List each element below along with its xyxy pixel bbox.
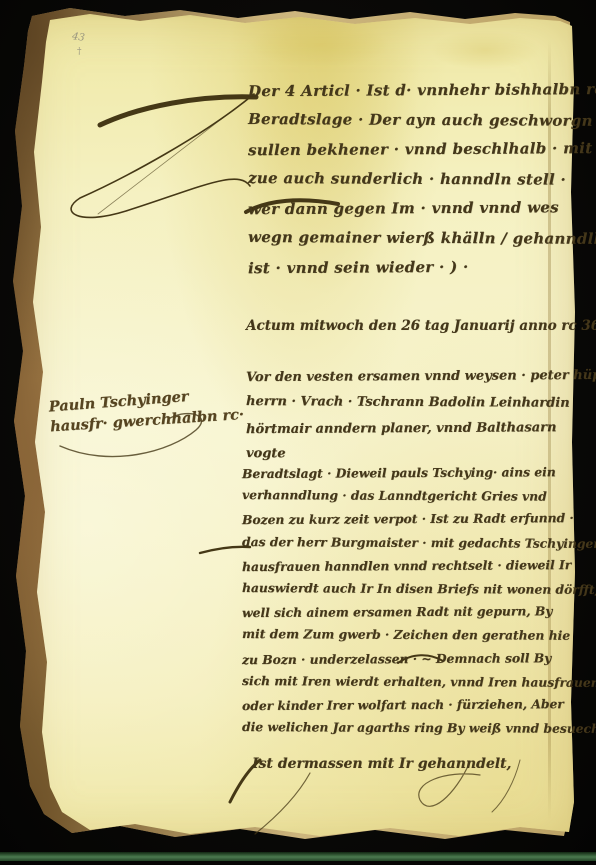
manuscript-line: Bozen zu kurz zeit verpot · Ist zu Radt …: [242, 506, 596, 531]
resolution-paragraph: Beradtslagt · Dieweil pauls Tschying· ai…: [242, 461, 596, 739]
manuscript-line: mit dem Zum gwerb · Zeichen den gerathen…: [242, 622, 596, 647]
manuscript-line: Der 4 Articl · Ist d· vnnhehr bishhalbn …: [248, 75, 596, 107]
manuscript-line: Beradtslagt · Dieweil pauls Tschying· ai…: [242, 460, 596, 485]
manuscript-line: das der herr Burgmaister · mit gedachts …: [242, 530, 596, 555]
manuscript-line: Beradtslage · Der ayn auch geschworgn ··: [248, 104, 596, 136]
manuscript-line: herrn · Vrach · Tschrann Badolin Leinhar…: [246, 389, 596, 417]
manuscript-line: zu Bozn · underzelassen · ~ Demnach soll…: [242, 646, 596, 671]
manuscript-line: zue auch sunderlich · hanndln stell ·: [248, 163, 596, 195]
manuscript-line: oder kinder Irer wolfart nach · fürziehe…: [242, 692, 596, 717]
manuscript-line: die welichen Jar agarths ring By weiß vn…: [242, 715, 596, 740]
manuscript-line: wer dann gegen Im · vnnd vnnd wes: [248, 193, 596, 225]
paper-stain: [250, 22, 390, 68]
folio-mark: 43: [71, 31, 85, 44]
manuscript-line: sich mit Iren wierdt erhalten, vnnd Iren…: [242, 669, 596, 694]
cross-mark: †: [77, 47, 82, 57]
manuscript-line: wegn gemainer wierß khälln / gehanndlh v…: [248, 222, 596, 254]
calibration-strip: [0, 852, 596, 861]
date-line: Actum mitwoch den 26 tag Januarij anno r…: [246, 316, 596, 336]
manuscript-line: sullen bekhener · vnnd beschlhalb · mit: [248, 134, 596, 166]
attendee-paragraph: Vor den vesten ersamen vnnd weysen · pet…: [246, 364, 596, 468]
closing-line: Ist dermassen mit Ir gehanndelt,: [252, 756, 511, 772]
manuscript-line: Vor den vesten ersamen vnnd weysen · pet…: [246, 363, 596, 391]
manuscript-line: hauswierdt auch Ir In disen Briefs nit w…: [242, 576, 596, 601]
article-paragraph: Der 4 Articl · Ist d· vnnhehr bishhalbn …: [248, 76, 596, 283]
photo-backdrop: 43 † Der 4 Articl · Ist d· vnnhehr bishh…: [0, 0, 596, 865]
manuscript-line: verhanndlung · das Lanndtgericht Gries v…: [242, 483, 596, 508]
manuscript-line: hörtmair anndern planer, vnnd Balthasarn: [246, 415, 596, 443]
paper-stain: [430, 30, 540, 70]
manuscript-line: ist · vnnd sein wieder · ) ·: [248, 252, 596, 284]
manuscript-line: well sich ainem ersamen Radt nit gepurn,…: [242, 599, 596, 624]
manuscript-line: hausfrauen hanndlen vnnd rechtselt · die…: [242, 553, 596, 578]
